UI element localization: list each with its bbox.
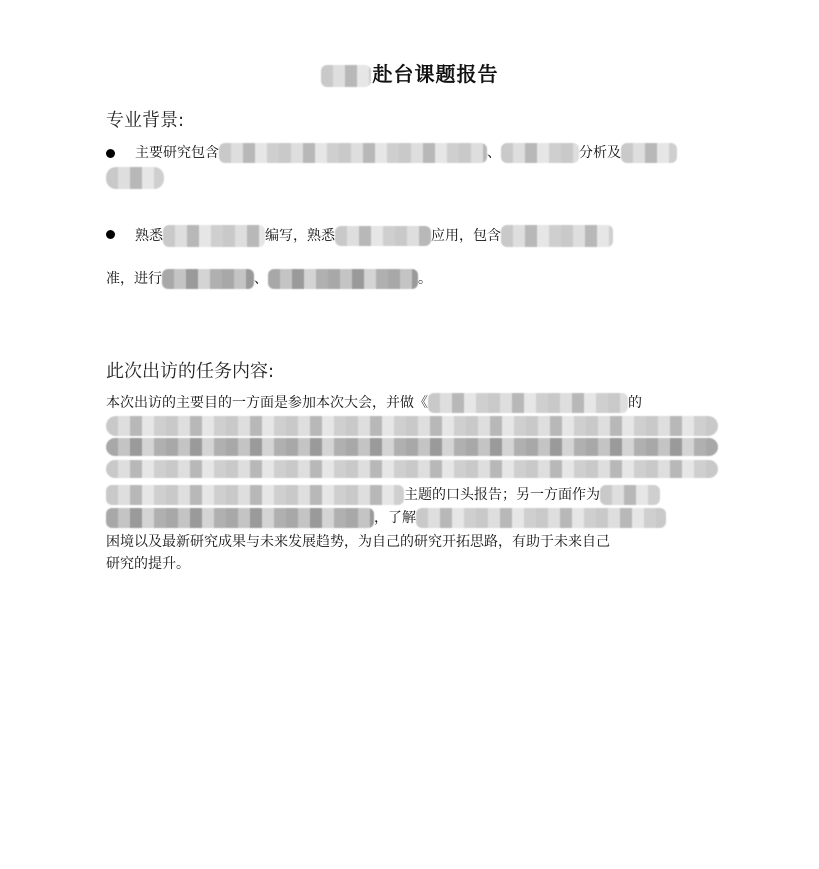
redacted-text [106, 460, 718, 478]
bullet-1-separator: 、 [487, 145, 501, 161]
paragraph-line-6: 困境以及最新研究成果与未来发展趋势，为自己的研究开拓思路，有助于未来自己 [106, 532, 610, 552]
title-text: 赴台课题报告 [373, 62, 499, 86]
redacted-text [106, 416, 718, 436]
redacted-text [106, 438, 718, 456]
bullet-2-line-1: 熟悉编写，熟悉应用，包含 [135, 225, 613, 247]
bullet-2-start: 熟悉 [135, 228, 163, 244]
bullet-2-part3: 应用，包含 [431, 228, 501, 244]
redacted-text [163, 225, 265, 247]
continuation-start: 准，进行 [106, 271, 162, 287]
redacted-text [501, 225, 613, 247]
paragraph-line-7: 研究的提升。 [106, 554, 190, 574]
redacted-text [106, 508, 374, 528]
bullet-icon [106, 149, 115, 158]
bullet-1-end: 分析及 [579, 145, 621, 161]
redacted-text [416, 508, 666, 528]
redacted-text [501, 143, 579, 163]
redacted-text [268, 269, 418, 289]
document-page: 赴台课题报告 专业背景: 主要研究包含、分析及 熟悉编写，熟悉应用，包含 准，进… [0, 0, 819, 869]
continuation-end: 。 [418, 271, 432, 287]
paragraph-line-5-text: ，了解 [374, 510, 416, 526]
redacted-text [219, 143, 487, 163]
document-title: 赴台课题报告 [0, 58, 819, 87]
redacted-text [600, 485, 660, 505]
redacted-text [162, 269, 254, 289]
redacted-text [621, 143, 677, 163]
continuation-separator: 、 [254, 271, 268, 287]
paragraph-line-1: 本次出访的主要目的一方面是参加本次大会，并做《的 [106, 393, 642, 413]
bullet-1-line-1: 主要研究包含、分析及 [135, 143, 677, 163]
redacted-text [106, 485, 404, 505]
redacted-text [106, 167, 164, 189]
bullet-2-part2: 编写，熟悉 [265, 228, 335, 244]
continuation-line: 准，进行、。 [106, 269, 432, 289]
redacted-title-prefix [321, 65, 371, 87]
redacted-text [335, 226, 431, 246]
redacted-text [428, 393, 628, 413]
section-heading-task: 此次出访的任务内容: [106, 357, 274, 383]
paragraph-line-5: ，了解 [106, 508, 666, 528]
bullet-1-start: 主要研究包含 [135, 145, 219, 161]
paragraph-line-4-text: 主题的口头报告；另一方面作为 [404, 487, 600, 503]
paragraph-line-4: 主题的口头报告；另一方面作为 [106, 485, 660, 505]
section-heading-background: 专业背景: [106, 106, 184, 132]
paragraph-line-1-end: 的 [628, 395, 642, 411]
bullet-icon [106, 230, 115, 239]
paragraph-line-1-text: 本次出访的主要目的一方面是参加本次大会，并做《 [106, 395, 428, 411]
